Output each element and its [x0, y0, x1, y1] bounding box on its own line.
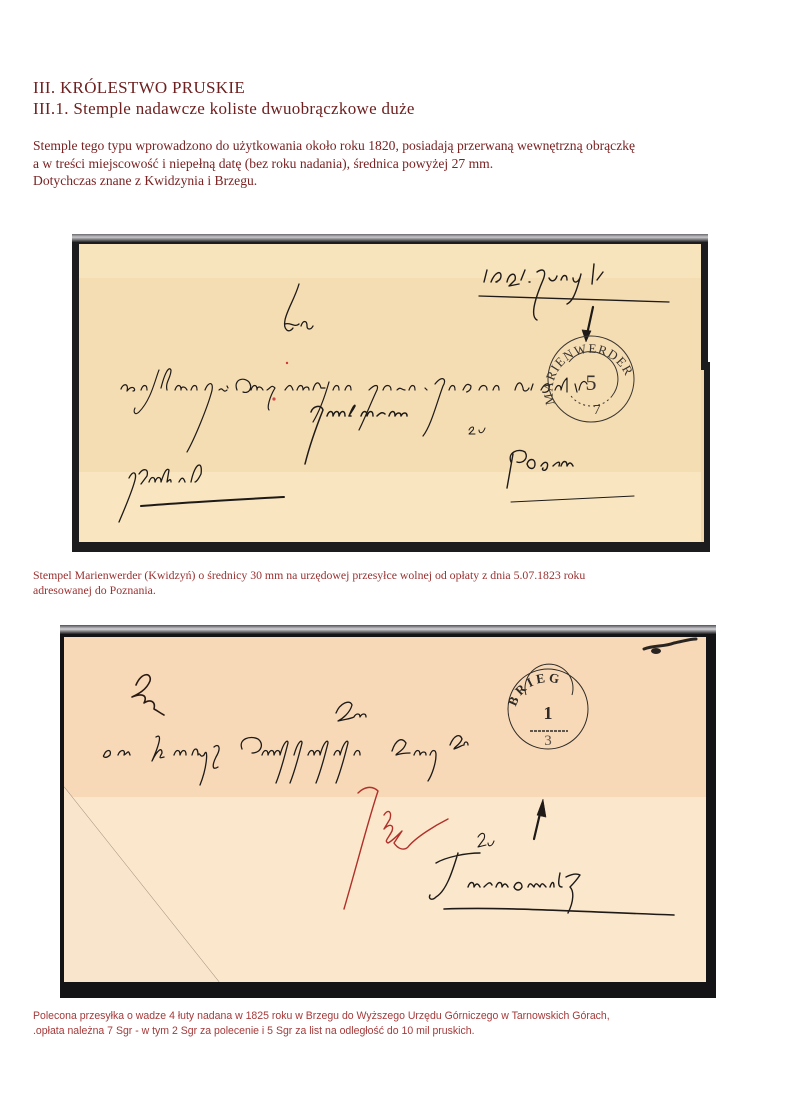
caption-letter-1: Stempel Marienwerder (Kwidzyń) o średnic… [33, 568, 585, 598]
postmark-day: 1 [544, 703, 553, 723]
caption-line: Polecona przesyłka o wadze 4 łuty nadana… [33, 1009, 777, 1024]
caption-line: .opłata należna 7 Sgr - w tym 2 Sgr za p… [33, 1024, 777, 1039]
postmark-month: 3 [544, 733, 552, 749]
svg-text:BRIEG: BRIEG [505, 670, 564, 708]
postmark-town: BRIEG [505, 670, 564, 708]
caption-line: adresowanej do Poznania. [33, 583, 585, 598]
intro-line: Stemple tego typu wprowadzono do użytkow… [33, 137, 773, 155]
cover-image-brieg: 1 3 BRIEG [64, 637, 706, 982]
intro-line: Dotychczas znane z Kwidzynia i Brzegu. [33, 172, 773, 190]
intro-paragraph: Stemple tego typu wprowadzono do użytkow… [33, 137, 773, 190]
page-heading-section: III. KRÓLESTWO PRUSKIE [33, 78, 245, 98]
caption-letter-2: Polecona przesyłka o wadze 4 łuty nadana… [33, 1009, 777, 1039]
caption-line: Stempel Marienwerder (Kwidzyń) o średnic… [33, 568, 585, 583]
intro-line: a w treści miejscowość i niepełną datę (… [33, 155, 773, 173]
postmark-day: 5 [586, 370, 597, 395]
postmark-month: 7 [594, 403, 601, 418]
handwriting-letter-2: 1 3 BRIEG [64, 637, 706, 982]
handwriting-letter-1: 5 7 MARIENWERDER [79, 244, 701, 542]
page-heading-subsection: III.1. Stemple nadawcze koliste dwuobrąc… [33, 99, 415, 119]
cover-image-marienwerder: 5 7 MARIENWERDER [79, 244, 701, 542]
postage-due-mark [344, 787, 448, 909]
